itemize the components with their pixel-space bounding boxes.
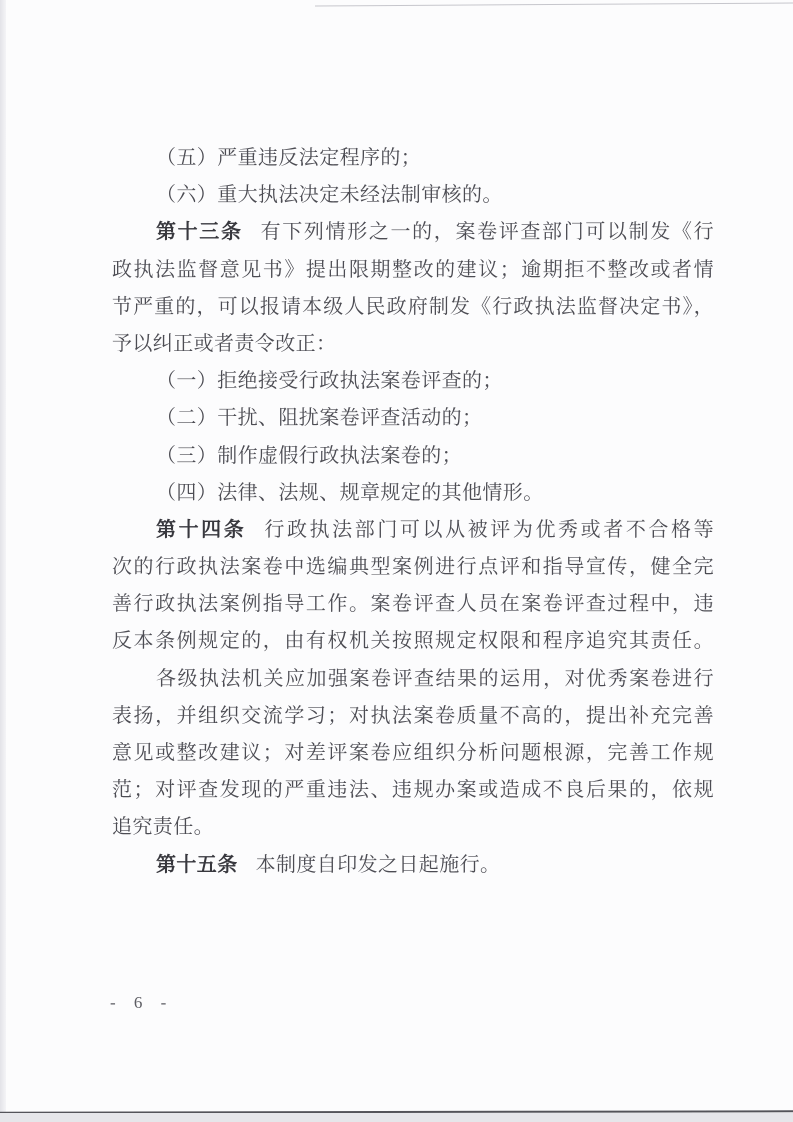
line-text: 有下列情形之一的，案卷评查部门可以制发《行 bbox=[261, 221, 714, 243]
text-line: 反本条例规定的，由有权机关按照规定权限和程序追究其责任。 bbox=[112, 623, 714, 660]
line-text: 政执法监督意见书》提出限期整改的建议；逾期拒不整改或者情 bbox=[112, 259, 714, 281]
page-bottom-shadow bbox=[0, 1113, 793, 1122]
line-text: 范；对评查发现的严重违法、违规办案或造成不良后果的，依规 bbox=[112, 779, 714, 801]
text-line: （二）干扰、阻扰案卷评查活动的； bbox=[112, 400, 714, 437]
document-text-block: （五）严重违反法定程序的； （六）重大执法决定未经法制审核的。 第十三条有下列情… bbox=[112, 140, 714, 884]
line-text: 追究责任。 bbox=[112, 816, 214, 838]
text-line: 各级执法机关应加强案卷评查结果的运用，对优秀案卷进行 bbox=[112, 661, 714, 698]
text-line: 第十五条本制度自印发之日起施行。 bbox=[112, 847, 714, 884]
line-text: （六）重大执法决定未经法制审核的。 bbox=[156, 184, 503, 206]
text-line: （六）重大执法决定未经法制审核的。 bbox=[112, 177, 714, 214]
scan-edge-left bbox=[0, 0, 6, 1122]
line-text: （一）拒绝接受行政执法案卷评查的； bbox=[156, 370, 503, 392]
line-text: 各级执法机关应加强案卷评查结果的运用，对优秀案卷进行 bbox=[156, 668, 714, 690]
line-text: （四）法律、法规、规章规定的其他情形。 bbox=[156, 482, 544, 504]
text-line: 节严重的，可以报请本级人民政府制发《行政执法监督决定书》， bbox=[112, 289, 714, 326]
text-line: 次的行政执法案卷中选编典型案例进行点评和指导宣传，健全完 bbox=[112, 549, 714, 586]
line-text: 次的行政执法案卷中选编典型案例进行点评和指导宣传，健全完 bbox=[112, 556, 714, 578]
line-text: 本制度自印发之日起施行。 bbox=[256, 854, 501, 876]
line-text: 节严重的，可以报请本级人民政府制发《行政执法监督决定书》， bbox=[112, 296, 714, 318]
line-text: 表扬，并组织交流学习；对执法案卷质量不高的，提出补充完善 bbox=[112, 705, 714, 727]
text-line: （一）拒绝接受行政执法案卷评查的； bbox=[112, 363, 714, 400]
article-heading: 第十五条 bbox=[156, 854, 238, 876]
article-heading: 第十四条 bbox=[156, 519, 246, 541]
text-line: （三）制作虚假行政执法案卷的； bbox=[112, 438, 714, 475]
line-text: 反本条例规定的，由有权机关按照规定权限和程序追究其责任。 bbox=[112, 630, 714, 652]
line-text: 予以纠正或者责令改正： bbox=[112, 333, 336, 355]
text-line: 善行政执法案例指导工作。案卷评查人员在案卷评查过程中，违 bbox=[112, 586, 714, 623]
document-page: （五）严重违反法定程序的； （六）重大执法决定未经法制审核的。 第十三条有下列情… bbox=[0, 0, 793, 1122]
line-text: （二）干扰、阻扰案卷评查活动的； bbox=[156, 407, 482, 429]
text-line: 追究责任。 bbox=[112, 809, 714, 846]
text-line: （四）法律、法规、规章规定的其他情形。 bbox=[112, 475, 714, 512]
line-text: 善行政执法案例指导工作。案卷评查人员在案卷评查过程中，违 bbox=[112, 593, 714, 615]
text-line: 第十四条行政执法部门可以从被评为优秀或者不合格等 bbox=[112, 512, 714, 549]
text-line: 予以纠正或者责令改正： bbox=[112, 326, 714, 363]
page-number: - 6 - bbox=[110, 993, 173, 1013]
text-line: 表扬，并组织交流学习；对执法案卷质量不高的，提出补充完善 bbox=[112, 698, 714, 735]
scan-edge-top bbox=[315, 3, 793, 7]
line-text: 行政执法部门可以从被评为优秀或者不合格等 bbox=[264, 519, 714, 541]
text-line: （五）严重违反法定程序的； bbox=[112, 140, 714, 177]
line-text: （三）制作虚假行政执法案卷的； bbox=[156, 445, 462, 467]
article-heading: 第十三条 bbox=[156, 221, 243, 243]
text-line: 范；对评查发现的严重违法、违规办案或造成不良后果的，依规 bbox=[112, 772, 714, 809]
text-line: 第十三条有下列情形之一的，案卷评查部门可以制发《行 bbox=[112, 214, 714, 251]
line-text: 意见或整改建议；对差评案卷应组织分析问题根源，完善工作规 bbox=[112, 742, 714, 764]
text-line: 意见或整改建议；对差评案卷应组织分析问题根源，完善工作规 bbox=[112, 735, 714, 772]
text-line: 政执法监督意见书》提出限期整改的建议；逾期拒不整改或者情 bbox=[112, 252, 714, 289]
line-text: （五）严重违反法定程序的； bbox=[156, 147, 421, 169]
